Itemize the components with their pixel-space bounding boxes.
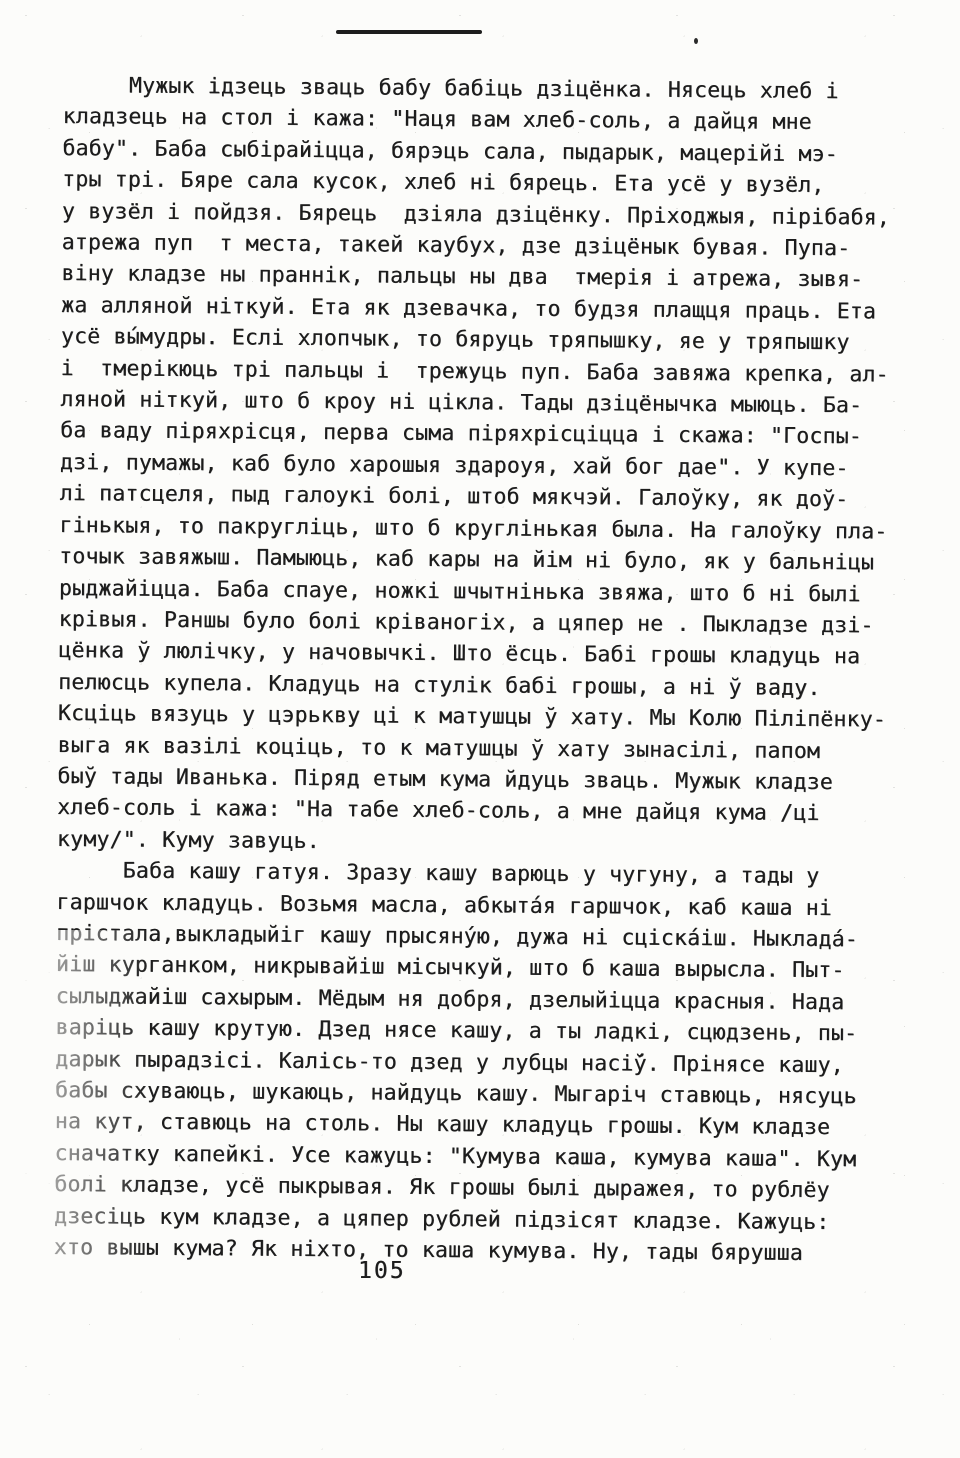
paragraph-2: Баба кашу гатуя. Зразу кашу варюць у чуг… xyxy=(54,855,893,1270)
page-number: 105 xyxy=(358,1258,406,1284)
ink-speck xyxy=(694,38,698,44)
paragraph-1: Мужык ідзець зваць бабу бабіць дзіцёнка.… xyxy=(57,70,899,862)
text-block: Мужык ідзець зваць бабу бабіць дзіцёнка.… xyxy=(54,70,899,1270)
text-line: хто вышы кума? Як ніхто, то каша кумува.… xyxy=(54,1232,890,1270)
scanned-page: Мужык ідзець зваць бабу бабіць дзіцёнка.… xyxy=(0,0,960,1458)
separator-line xyxy=(336,30,482,34)
